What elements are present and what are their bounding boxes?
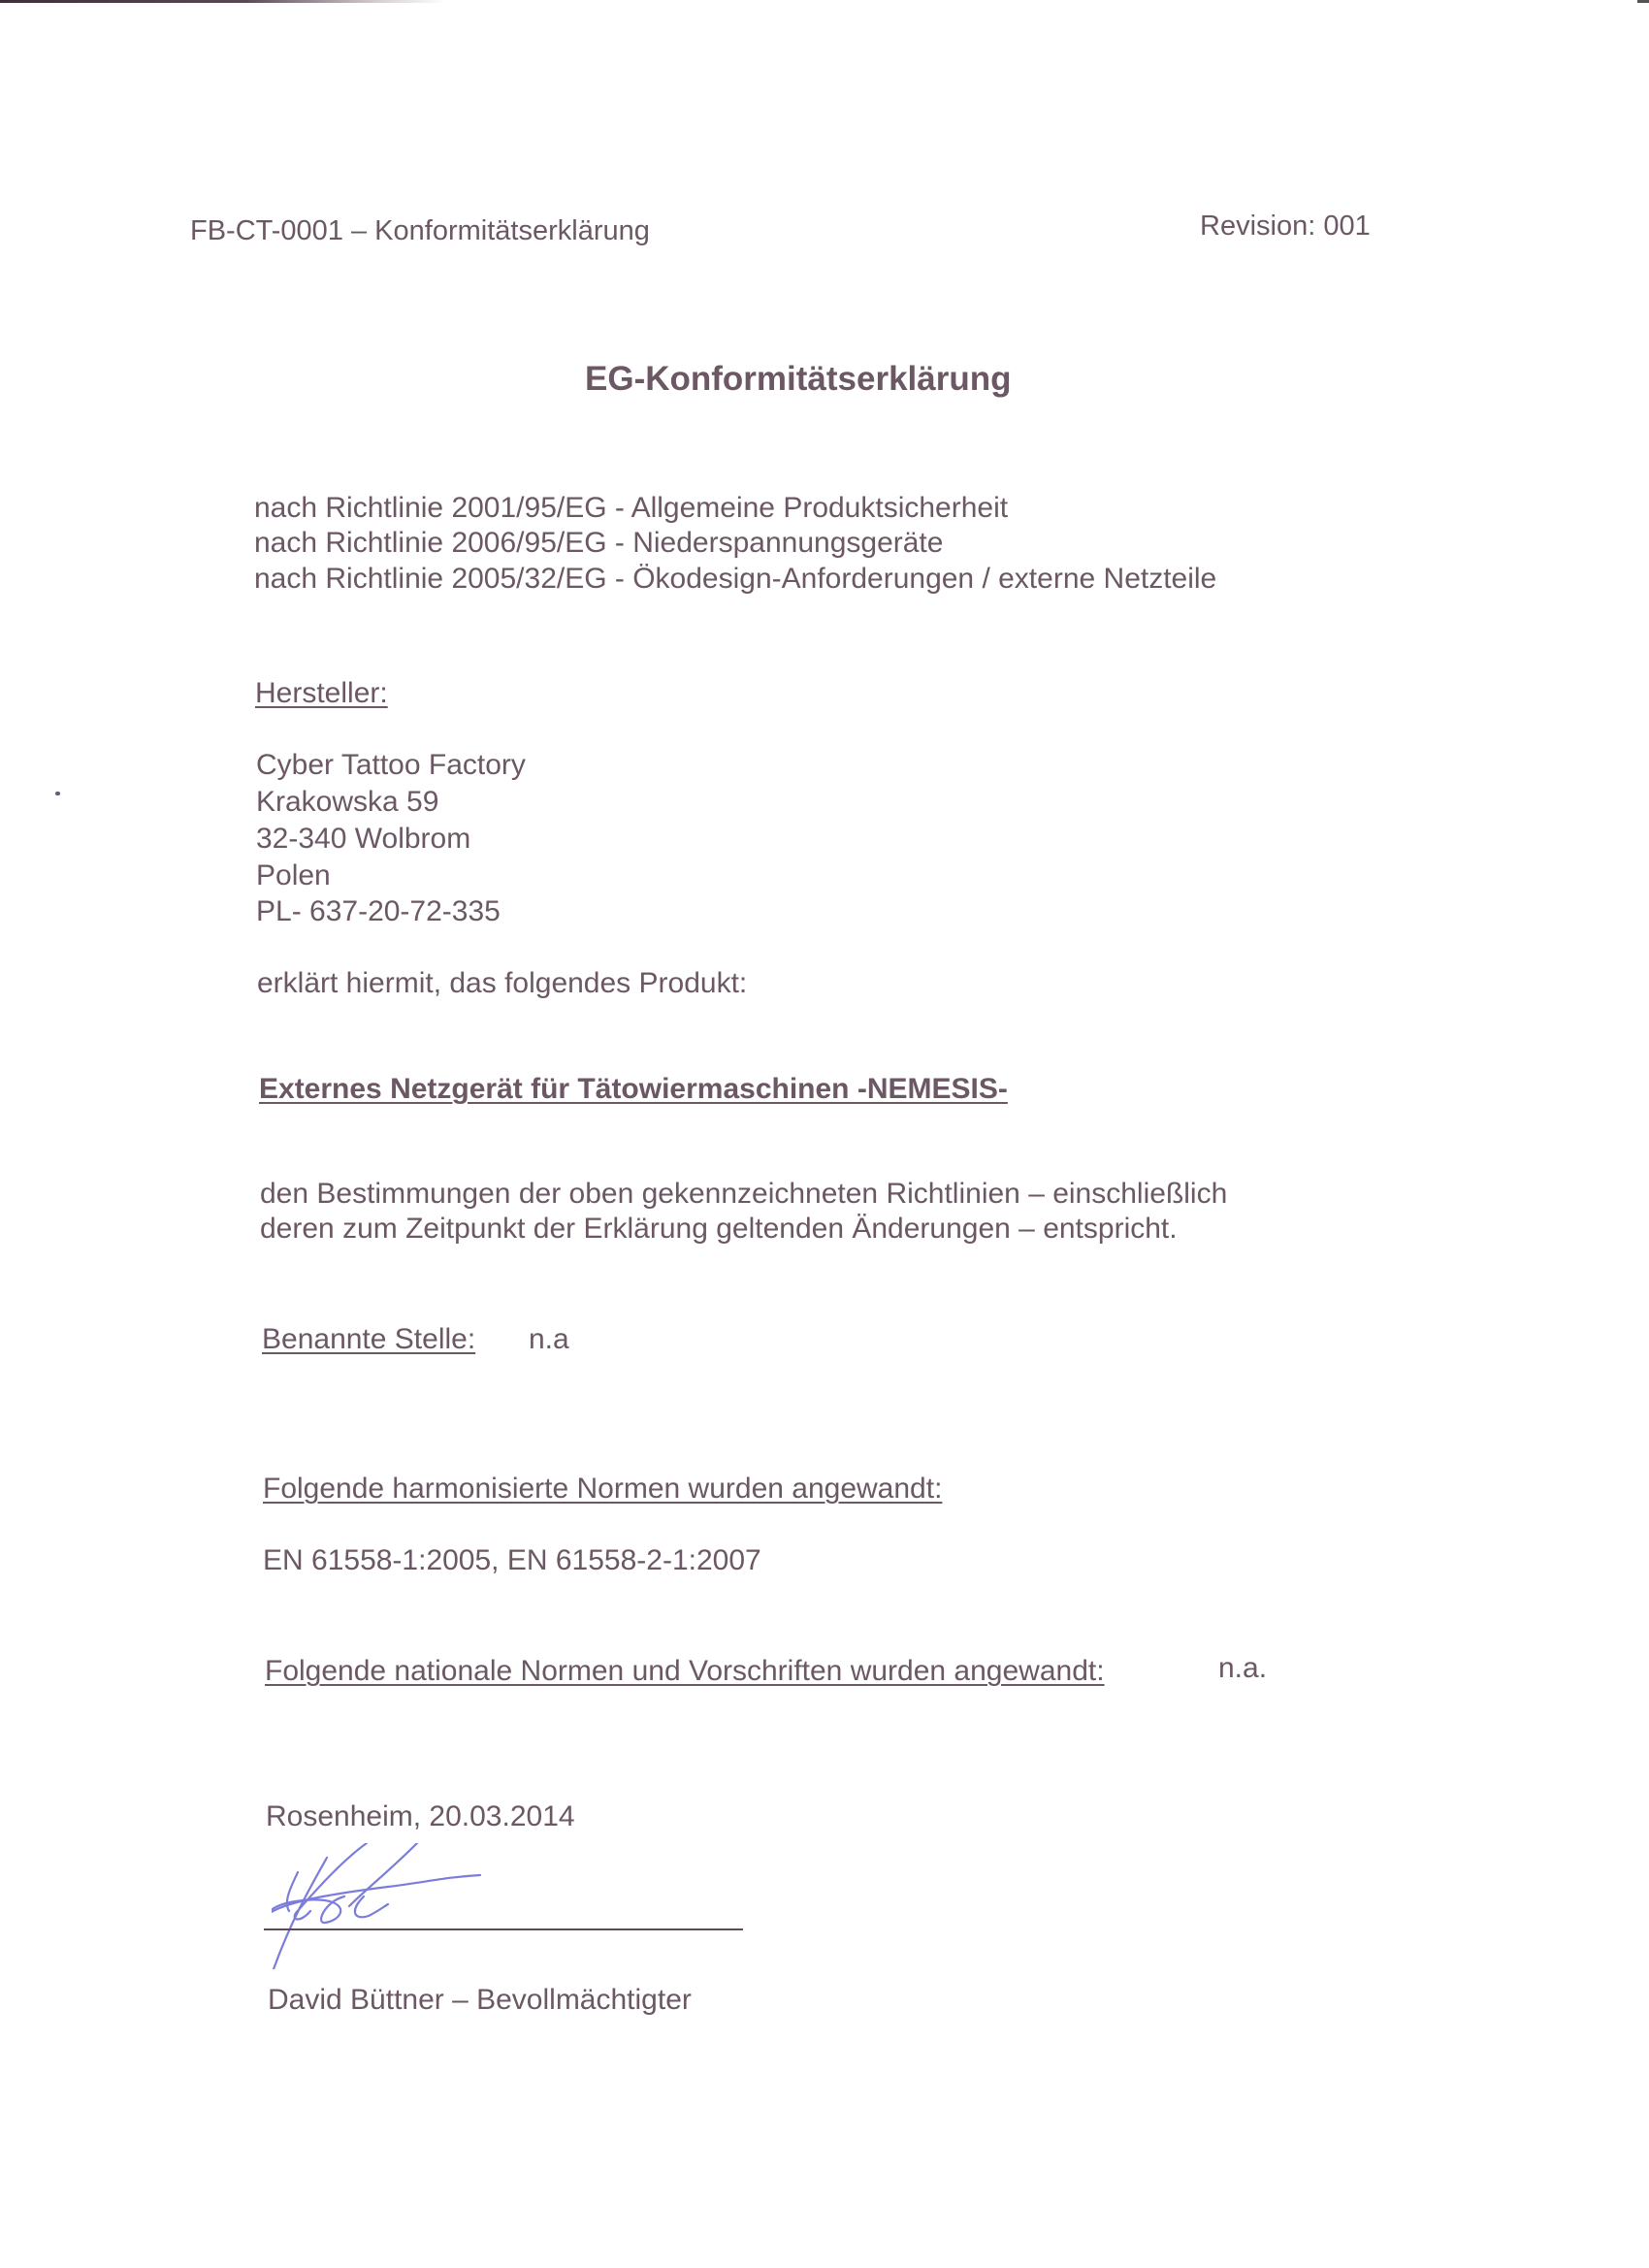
signature-line [264, 1928, 743, 1930]
revision-label: Revision: 001 [1200, 212, 1371, 241]
notified-body-value: n.a [529, 1325, 569, 1354]
document-title: EG-Konformitätserklärung [585, 362, 1012, 396]
scan-edge-artifact [0, 0, 446, 3]
national-standards-value: n.a. [1218, 1654, 1267, 1683]
manufacturer-vat-id: PL- 637-20-72-335 [256, 897, 501, 926]
harmonized-standards-label: Folgende harmonisierte Normen wurden ang… [263, 1474, 942, 1504]
conformity-text: den Bestimmungen der oben gekennzeichnet… [260, 1180, 1227, 1209]
directive-line: nach Richtlinie 2005/32/EG - Ökodesign-A… [254, 565, 1216, 594]
scan-corner-artifact [1637, 0, 1649, 3]
signatory: David Büttner – Bevollmächtigter [268, 1986, 692, 2015]
form-id: FB-CT-0001 – Konformitätserklärung [190, 217, 650, 245]
product-name: Externes Netzgerät für Tätowiermaschinen… [259, 1075, 1008, 1104]
notified-body-label: Benannte Stelle: [262, 1325, 475, 1354]
manufacturer-country: Polen [256, 861, 331, 891]
place-date: Rosenheim, 20.03.2014 [266, 1802, 575, 1831]
manufacturer-city: 32-340 Wolbrom [256, 825, 470, 854]
manufacturer-name: Cyber Tattoo Factory [256, 751, 526, 780]
national-standards-label: Folgende nationale Normen und Vorschrift… [265, 1657, 1105, 1686]
directive-line: nach Richtlinie 2006/95/EG - Niederspann… [254, 529, 943, 558]
declaration-intro: erklärt hiermit, das folgendes Produkt: [257, 969, 747, 998]
manufacturer-label: Hersteller: [255, 679, 388, 708]
conformity-text: deren zum Zeitpunkt der Erklärung gelten… [260, 1215, 1178, 1244]
signature-mark [272, 1843, 563, 1969]
directive-line: nach Richtlinie 2001/95/EG - Allgemeine … [254, 494, 1008, 523]
harmonized-standards-value: EN 61558-1:2005, EN 61558-2-1:2007 [263, 1546, 761, 1575]
scan-speck [55, 792, 60, 795]
manufacturer-street: Krakowska 59 [256, 788, 438, 817]
